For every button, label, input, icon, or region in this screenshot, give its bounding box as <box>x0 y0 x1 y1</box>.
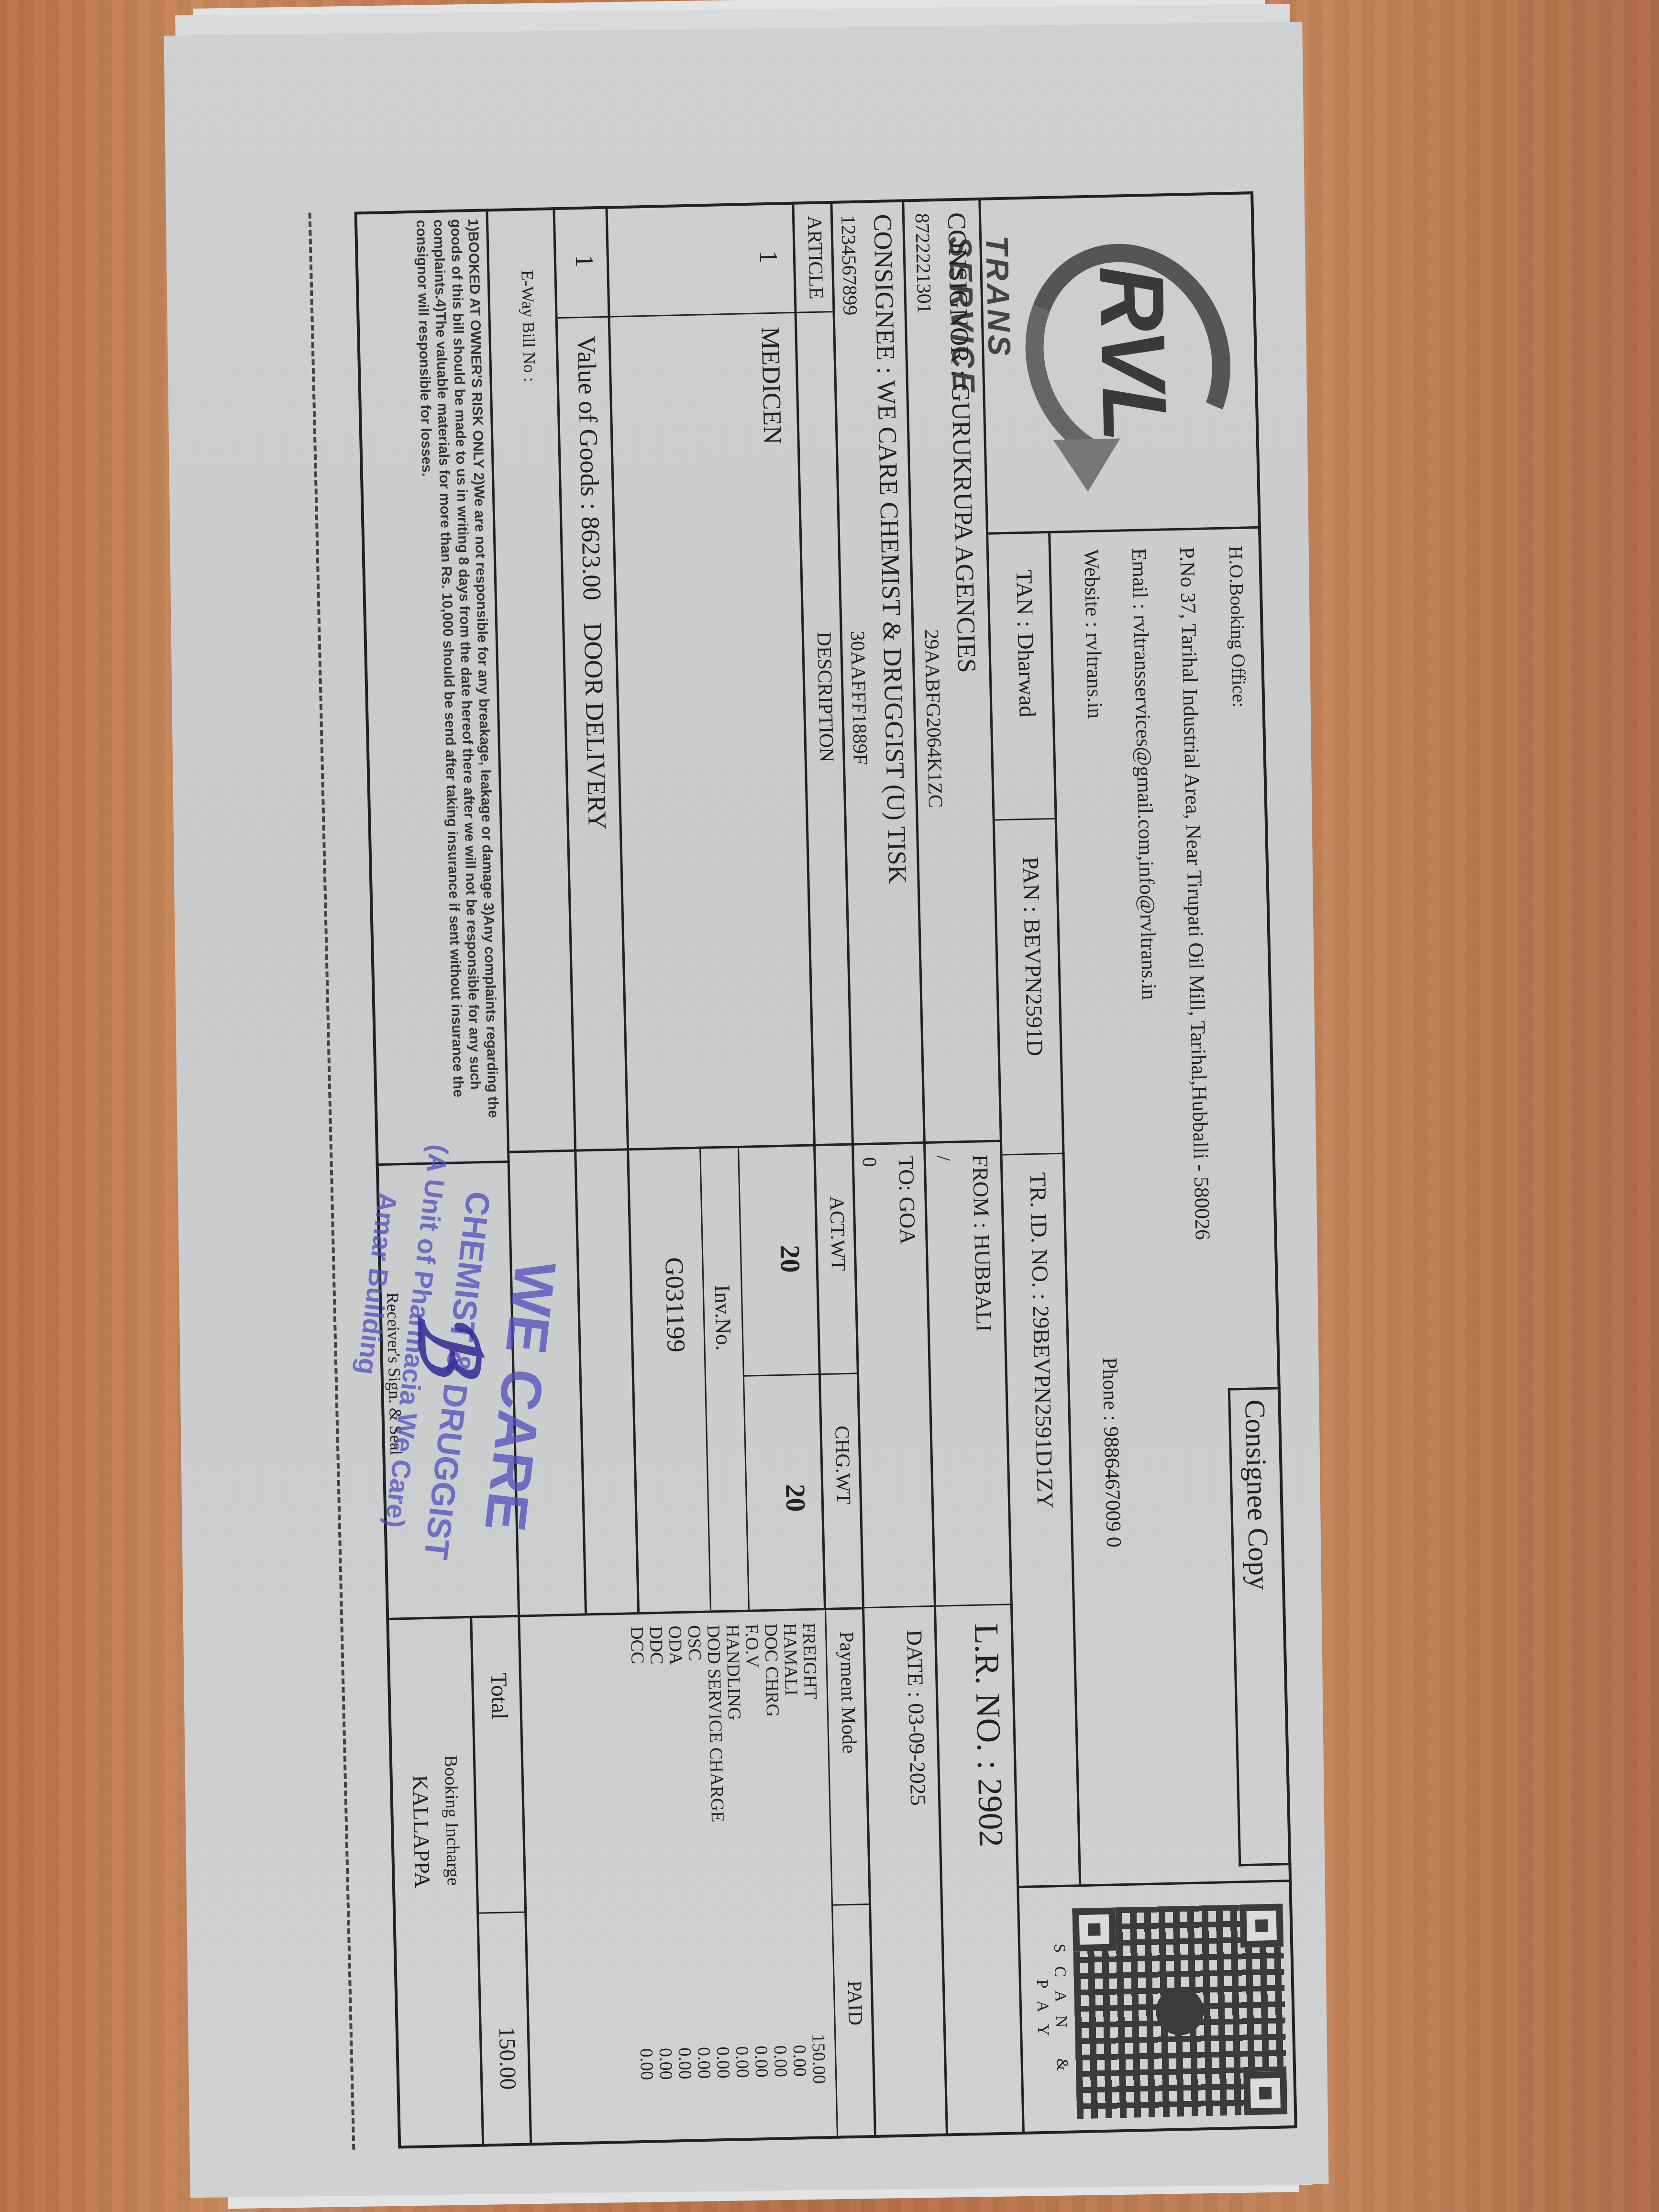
col-header-description: DESCRIPTION <box>812 631 838 763</box>
route-to-extra: 0 <box>858 1157 881 1167</box>
copy-label: Consignee Copy <box>1238 1399 1275 1591</box>
logo-arrow-icon <box>1053 438 1121 492</box>
eway-bill-label: E-Way Bill No : <box>517 270 540 382</box>
payment-qr-code[interactable] <box>1072 1904 1287 2119</box>
charge-amount: 0.00 <box>712 2046 734 2079</box>
company-logo: RVL TRANS SERVICE <box>972 211 1246 523</box>
qr-finder-icon <box>1243 2071 1287 2115</box>
col-header-article: ARTICLE <box>803 215 828 299</box>
upi-logo-icon <box>1155 1987 1204 2035</box>
route-from: FROM : HUBBALI <box>968 1154 997 1332</box>
route-to: TO: GOA <box>894 1156 921 1245</box>
payment-mode-label: Payment Mode <box>835 1631 861 1754</box>
invoice-number: G031199 <box>659 1257 691 1352</box>
charge-amount: 0.00 <box>636 2048 657 2080</box>
qr-finder-icon <box>1239 1904 1283 1948</box>
charge-amount: 0.00 <box>731 2046 753 2078</box>
receipt: RVL TRANS SERVICE H.O.Booking Office: P.… <box>287 191 1253 2129</box>
charge-amount: 0.00 <box>789 2045 810 2077</box>
goods-charged-weight: 20 <box>779 1484 812 1513</box>
goods-actual-weight: 20 <box>774 1245 807 1273</box>
company-website: Website : rvltrans.in <box>1079 549 1107 719</box>
charge-name: OSC <box>684 1625 706 1661</box>
signature-icon: ℬ <box>399 1309 496 1375</box>
qr-caption: SCAN & PAY <box>1031 1913 1073 2115</box>
value-of-goods: Value of Goods : 8623.00 <box>571 335 607 601</box>
total-label: Total <box>486 1672 513 1720</box>
total-amount: 150.00 <box>494 2026 521 2090</box>
payment-mode-value: PAID <box>843 1980 867 2025</box>
charge-name: DDC <box>645 1626 667 1665</box>
company-phone: Phone : 9886467009 0 <box>1097 1357 1126 1548</box>
consignee-gstin: 30AAFFF1889F <box>846 630 872 765</box>
charge-name: DOC CHRG <box>760 1623 783 1717</box>
charge-name: FREIGHT <box>798 1622 821 1699</box>
booking-incharge-name: KALLAPPA <box>408 1775 435 1888</box>
charge-amount: 0.00 <box>693 2047 715 2079</box>
charge-amount: 0.00 <box>770 2045 791 2077</box>
lr-date: DATE : 03-09-2025 <box>902 1629 931 1806</box>
charge-name: HAMALI <box>779 1623 802 1696</box>
lr-number: L.R. NO. : 2902 <box>966 1623 1011 1848</box>
tear-off-line <box>309 213 355 2150</box>
invoice-label: Inv.No. <box>710 1284 737 1351</box>
lorry-receipt-document: RVL TRANS SERVICE H.O.Booking Office: P.… <box>288 191 1297 2150</box>
total-articles: 1 <box>570 254 600 267</box>
booking-incharge-label: Booking Incharge <box>440 1755 464 1886</box>
logo-text: RVL <box>1079 265 1187 440</box>
charge-name: F.O.V <box>741 1624 763 1668</box>
consignor-phone: 8722221301 <box>910 213 936 314</box>
consignee-phone: 1234567899 <box>836 215 862 316</box>
goods-description: MEDICEN <box>755 326 788 444</box>
office-label: H.O.Booking Office: <box>1225 545 1251 708</box>
copy-label-box: Consignee Copy <box>1228 1387 1292 1866</box>
delivery-type: DOOR DELIVERY <box>578 622 612 830</box>
charge-name: DCC <box>626 1626 648 1664</box>
col-header-chg-wt: CHG.WT <box>830 1426 855 1505</box>
consignor-gstin: 29AABFG2064K1ZC <box>920 629 947 808</box>
charge-amount: 0.00 <box>751 2046 772 2078</box>
qr-finder-icon <box>1072 1907 1116 1951</box>
goods-article-count: 1 <box>754 250 784 263</box>
route-from-extra: / <box>932 1155 955 1161</box>
charge-amount: 0.00 <box>674 2047 696 2079</box>
col-header-act-wt: ACT.WT <box>825 1196 850 1272</box>
charge-name: DOD SERVICE CHARGE <box>703 1625 728 1823</box>
pan-number: PAN : BEVPN2591D <box>1017 856 1048 1056</box>
charge-name: ODA <box>664 1626 686 1665</box>
charge-amount: 150.00 <box>807 2034 829 2084</box>
tan-number: TAN : Dharwad <box>1011 569 1040 717</box>
charge-amount: 0.00 <box>655 2047 676 2079</box>
